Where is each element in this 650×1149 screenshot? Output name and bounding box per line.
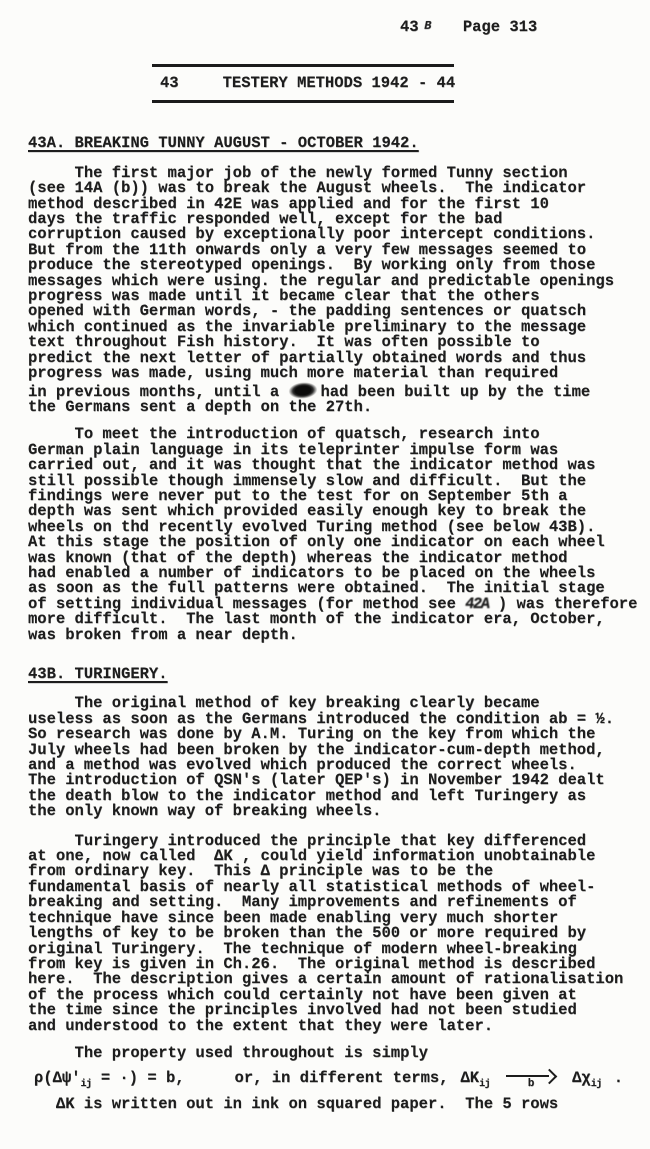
formula-delta-k-head: ΔK bbox=[460, 1069, 479, 1087]
section-43a-heading: 43A. BREAKING TUNNY AUGUST - OCTOBER 194… bbox=[28, 136, 644, 151]
paragraph-text: To meet the introduction of quatsch, res… bbox=[28, 425, 605, 612]
property-intro-line: The property used throughout is simply bbox=[28, 1046, 646, 1061]
formula-delta-k: ΔKij bbox=[460, 1071, 490, 1086]
section-43a-heading-text: 43A. BREAKING TUNNY AUGUST - OCTOBER 194… bbox=[28, 134, 419, 152]
section-43b-heading: 43B. TURINGERY. bbox=[28, 667, 644, 682]
formula-delta-chi-head: Δχ bbox=[572, 1069, 591, 1087]
formula-lhs-tail: = ·) = b, bbox=[92, 1069, 185, 1087]
section-43a-paragraph-2: To meet the introduction of quatsch, res… bbox=[28, 427, 646, 643]
ink-smudge bbox=[288, 380, 319, 400]
arrow-label: b bbox=[528, 1077, 535, 1092]
page-header: 43B Page 313 bbox=[400, 20, 537, 35]
formula-lhs: ρ(Δψ′ij = ·) = b, bbox=[34, 1071, 185, 1086]
formula-connector-text: or, in different terms, bbox=[235, 1071, 449, 1086]
formula-delta-chi-subscript: ij bbox=[591, 1079, 602, 1090]
right-arrow-icon: b bbox=[504, 1066, 558, 1090]
paragraph-text: Turingery introduced the principle that … bbox=[28, 832, 623, 1035]
formula-lhs-subscript: ij bbox=[81, 1079, 92, 1090]
section-43b-paragraph-1: The original method of key breaking clea… bbox=[28, 696, 646, 819]
formula: ρ(Δψ′ij = ·) = b, or, in different terms… bbox=[34, 1063, 650, 1093]
document-page: 43B Page 313 43 TESTERY METHODS 1942 - 4… bbox=[0, 0, 650, 1149]
formula-delta-k-subscript: ij bbox=[479, 1079, 490, 1090]
paragraph-text: The original method of key breaking clea… bbox=[28, 694, 614, 820]
chapter-number: 43 bbox=[160, 76, 179, 91]
chapter-title-block: 43 TESTERY METHODS 1942 - 44 bbox=[152, 64, 454, 103]
section-reference: 43B bbox=[400, 20, 431, 35]
chapter-title: TESTERY METHODS 1942 - 44 bbox=[223, 76, 456, 91]
section-43b-heading-text: 43B. TURINGERY. bbox=[28, 665, 168, 683]
paragraph-text: The property used throughout is simply bbox=[28, 1044, 428, 1062]
section-reference-number: 43 bbox=[400, 20, 419, 35]
section-43a-paragraph-1: The first major job of the newly formed … bbox=[28, 166, 646, 416]
section-reference-letter: B bbox=[422, 19, 432, 34]
section-43b-paragraph-2: Turingery introduced the principle that … bbox=[28, 834, 646, 1034]
paragraph-text: The first major job of the newly formed … bbox=[28, 164, 614, 401]
formula-end-dot: . bbox=[614, 1071, 623, 1086]
formula-lhs-head: ρ(Δψ′ bbox=[34, 1069, 81, 1087]
page-number-label: Page 313 bbox=[463, 20, 537, 35]
formula-delta-chi: Δχij bbox=[572, 1071, 602, 1086]
closing-line: ΔK is written out in ink on squared pape… bbox=[28, 1097, 646, 1112]
paragraph-text: ΔK is written out in ink on squared pape… bbox=[28, 1095, 558, 1113]
handwritten-correction: 42A bbox=[464, 597, 490, 612]
